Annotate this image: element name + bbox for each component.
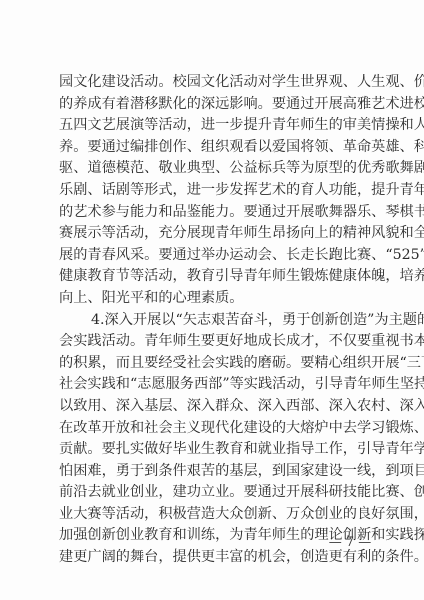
document-page: 园文化建设活动。校园文化活动对学生世界观、人生观、价值观 的养成有着潜移默化的深… [0,0,424,600]
text-line: 乐剧、话剧等形式，进一步发挥艺术的育人功能，提升青年师生 [59,180,369,202]
text-line: 建更广阔的舞台，提供更丰富的机会，创造更有利的条件。 [59,547,369,569]
text-line: 向上、阳光平和的心理素质。 [59,288,369,310]
section-heading-line: 4.深入开展以“矢志艰苦奋斗，勇于创新创造”为主题的社 [59,310,369,332]
body-text: 园文化建设活动。校园文化活动对学生世界观、人生观、价值观 的养成有着潜移默化的深… [59,72,369,569]
page-number: — 7 — [328,534,372,552]
text-line: 的养成有着潜移默化的深远影响。要通过开展高雅艺术进校园、 [59,94,369,116]
text-line: 怕困难，勇于到条件艰苦的基层，到国家建设一线，到项目攻关 [59,461,369,483]
text-line: 的积累，而且要经受社会实践的磨砺。要精心组织开展“三下乡” [59,353,369,375]
text-line: 养。要通过编排创作、组织观看以爱国将领、革命英雄、科学先 [59,137,369,159]
text-line: 健康教育节等活动，教育引导青年师生锻炼健康体魄，培养积极 [59,266,369,288]
text-line: 以致用、深入基层、深入群众、深入西部、深入农村、深入一线， [59,396,369,418]
text-line: 加强创新创业教育和训练，为青年师生的理论创新和实践探索搭 [59,525,369,547]
text-line: 社会实践和“志愿服务西部”等实践活动，引导青年师生坚持学 [59,374,369,396]
text-line: 赛展示等活动，充分展现青年师生昂扬向上的精神风貌和全面发 [59,223,369,245]
text-line: 的艺术参与能力和品鉴能力。要通过开展歌舞器乐、琴棋书画比 [59,202,369,224]
text-line: 贡献。要扎实做好毕业生教育和就业指导工作，引导青年学生不 [59,439,369,461]
text-line: 会实践活动。青年师生要更好地成长成才，不仅要重视书本知识 [59,331,369,353]
text-line: 五四文艺展演等活动，进一步提升青年师生的审美情操和人文素 [59,115,369,137]
text-line: 业大赛等活动，积极营造大众创新、万众创业的良好氛围，切实 [59,504,369,526]
text-line: 园文化建设活动。校园文化活动对学生世界观、人生观、价值观 [59,72,369,94]
text-line: 前沿去就业创业，建功立业。要通过开展科研技能比赛、创新创 [59,482,369,504]
text-line: 在改革开放和社会主义现代化建设的大熔炉中去学习锻炼、做出 [59,418,369,440]
text-line: 驱、道德模范、敬业典型、公益标兵等为原型的优秀歌舞剧、音 [59,158,369,180]
text-line: 展的青春风采。要通过举办运动会、长走长跑比赛、“525”心理 [59,245,369,267]
